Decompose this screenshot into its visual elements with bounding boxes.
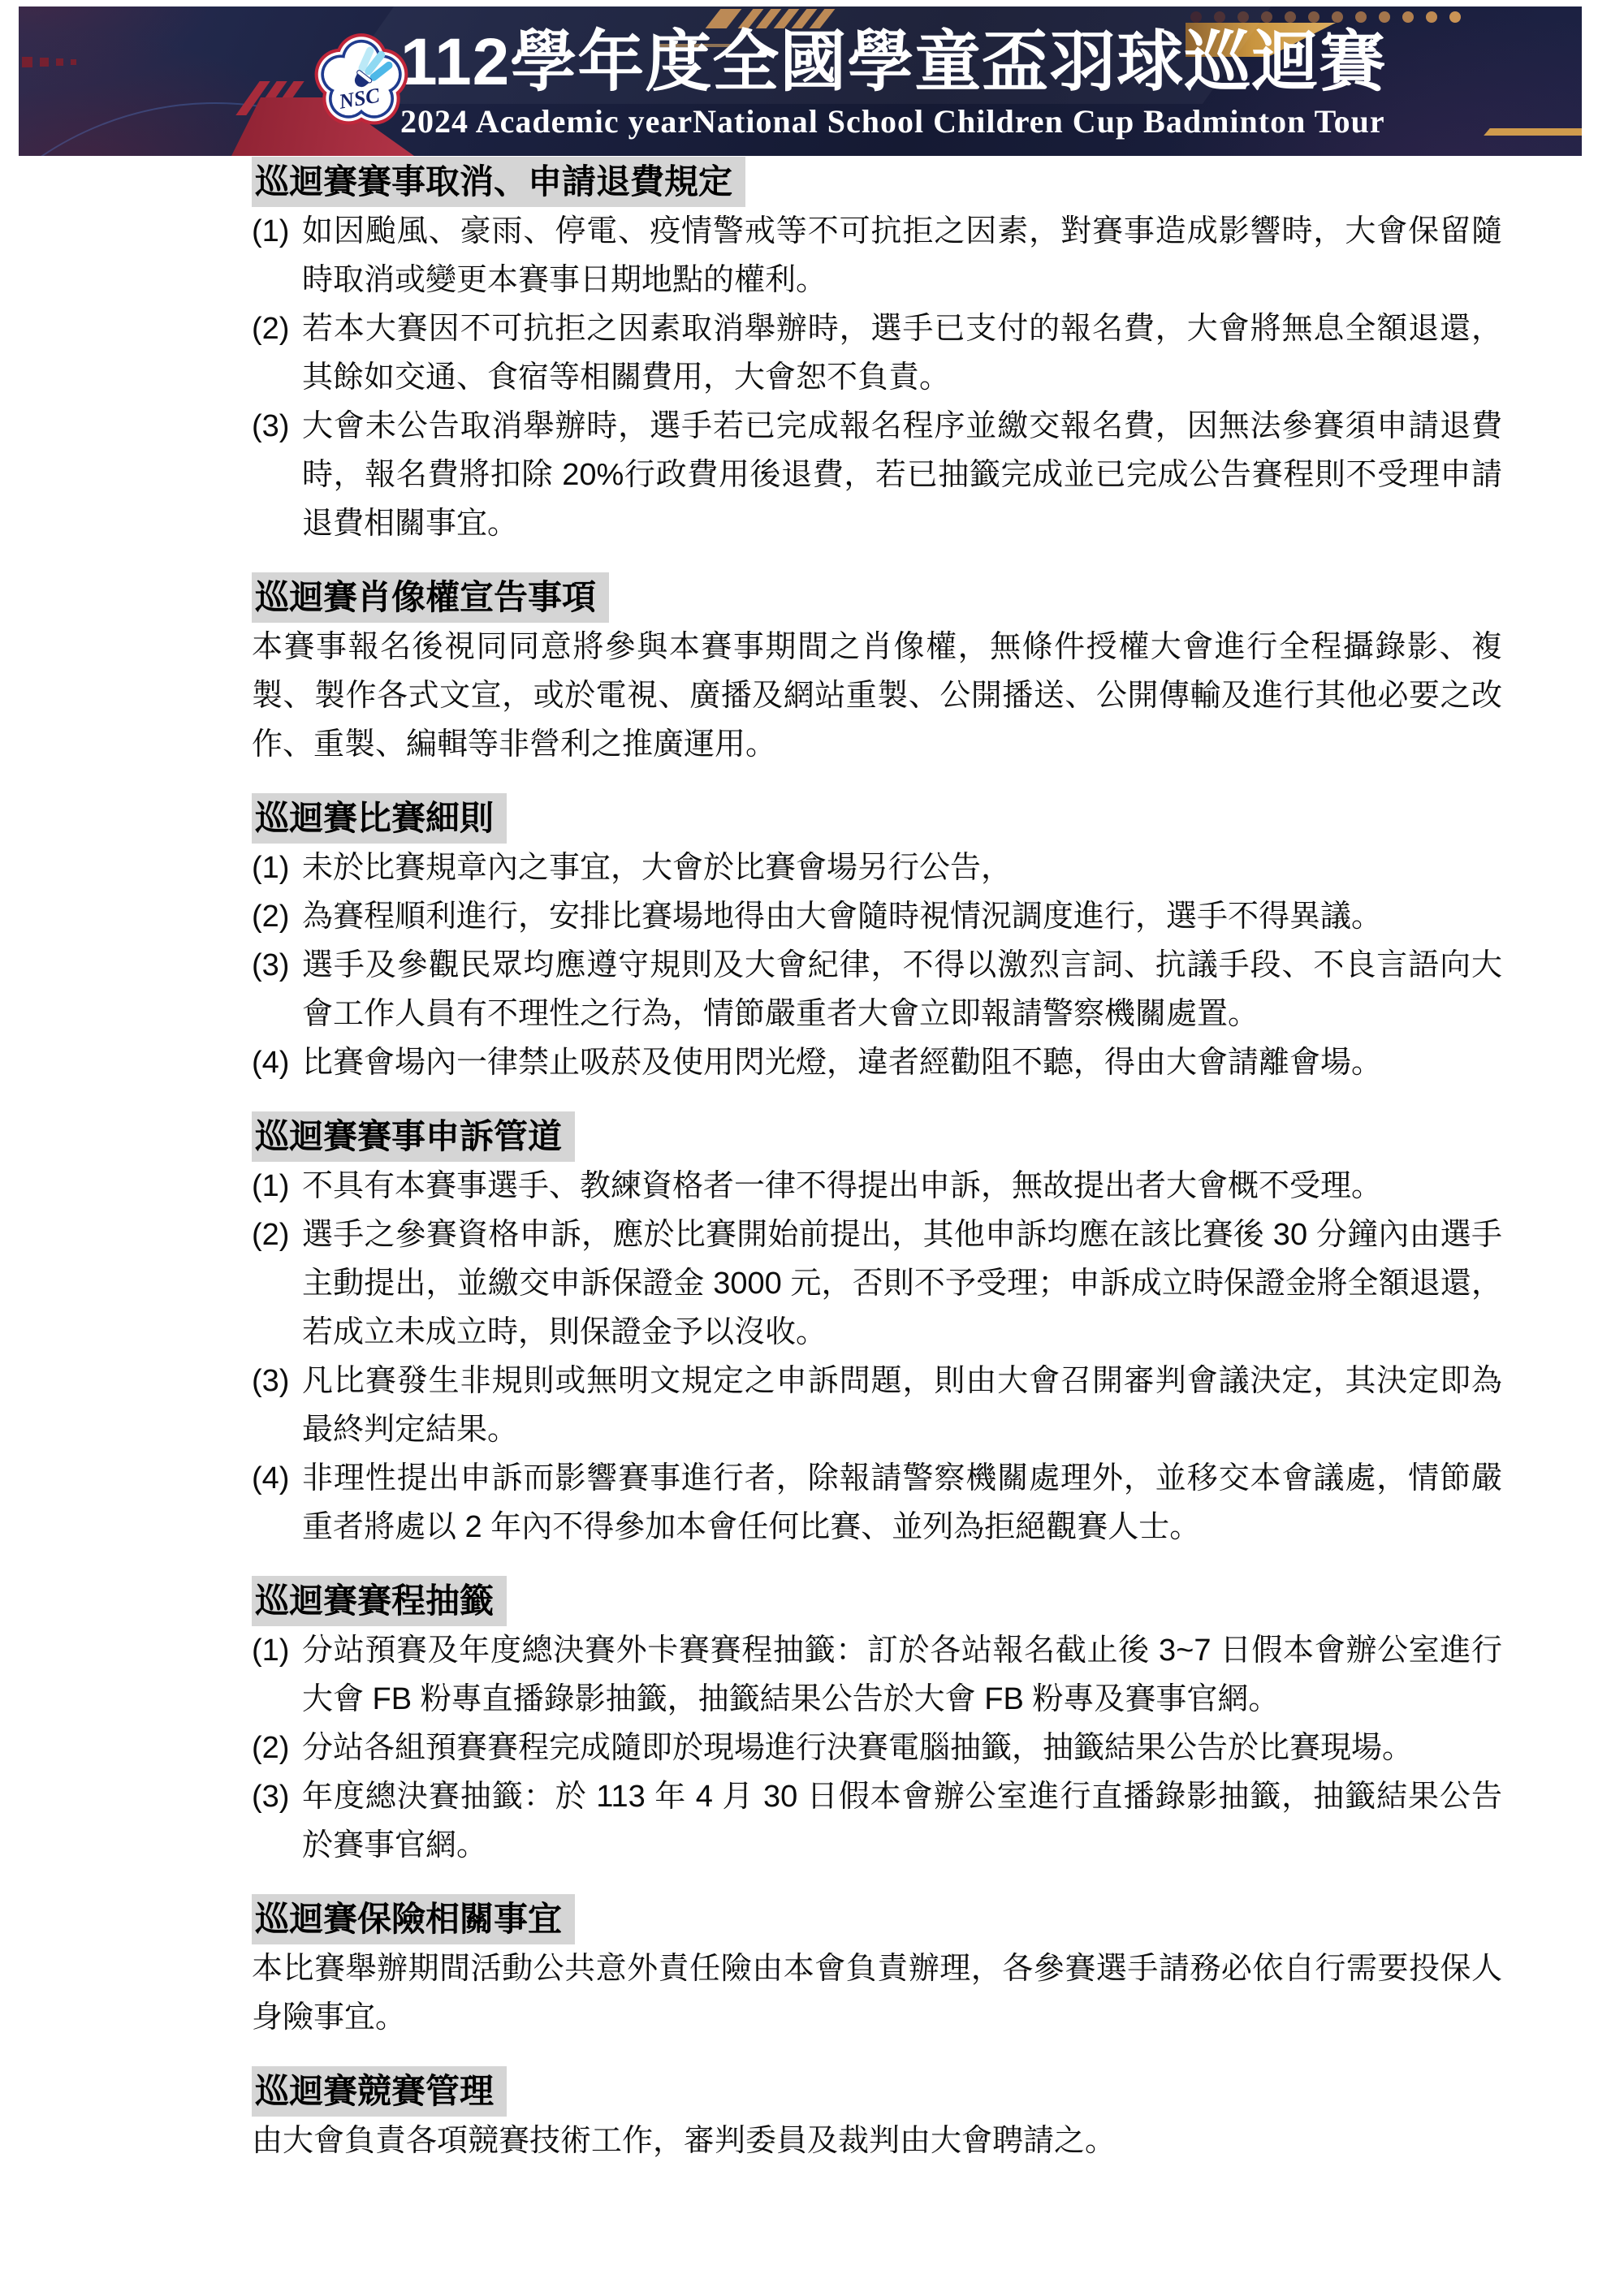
list-item-number: (2) xyxy=(252,892,289,941)
list-item-number: (3) xyxy=(252,402,289,451)
section: 巡迴賽肖像權宣告事項本賽事報名後視同同意將參與本賽事期間之肖像權，無條件授權大會… xyxy=(252,572,1502,769)
section: 巡迴賽賽事申訴管道(1)不具有本賽事選手、教練資格者一律不得提出申訴，無故提出者… xyxy=(252,1111,1502,1552)
section: 巡迴賽賽事取消、申請退費規定(1)如因颱風、豪雨、停電、疫情警戒等不可抗拒之因素… xyxy=(252,157,1502,548)
list-item: (2)若本大賽因不可抗拒之因素取消舉辦時，選手已支付的報名費，大會將無息全額退還… xyxy=(252,304,1502,402)
list-item: (2)選手之參賽資格申訴，應於比賽開始前提出，其他申訴均應在該比賽後 30 分鐘… xyxy=(252,1211,1502,1357)
list-item-text: 若本大賽因不可抗拒之因素取消舉辦時，選手已支付的報名費，大會將無息全額退還，其餘… xyxy=(302,312,1502,395)
list-item-text: 大會未公告取消舉辦時，選手若已完成報名程序並繳交報名費，因無法參賽須申請退費時，… xyxy=(302,409,1502,541)
list-item-number: (3) xyxy=(252,1772,289,1821)
event-banner: NSC 112學年度全國學童盃羽球巡迴賽 2024 Academic yearN… xyxy=(19,6,1582,156)
list-item-text: 凡比賽發生非規則或無明文規定之申訴問題，則由大會召開審判會議決定，其決定即為最終… xyxy=(302,1364,1502,1447)
list-item-text: 分站預賽及年度總決賽外卡賽賽程抽籤：訂於各站報名截止後 3~7 日假本會辦公室進… xyxy=(302,1634,1502,1716)
nsc-logo: NSC xyxy=(311,29,412,138)
gold-line-bottom-right-decoration xyxy=(1484,128,1582,136)
list-item-number: (2) xyxy=(252,1211,289,1259)
section: 巡迴賽保險相關事宜本比賽舉辦期間活動公共意外責任險由本會負責辦理，各參賽選手請務… xyxy=(252,1894,1502,2042)
section-heading: 巡迴賽賽程抽籤 xyxy=(252,1576,507,1626)
dot-decoration xyxy=(1402,11,1414,23)
dot-decoration xyxy=(1355,11,1367,23)
dot-decoration xyxy=(1214,11,1225,23)
section-paragraph: 本比賽舉辦期間活動公共意外責任險由本會負責辦理，各參賽選手請務必依自行需要投保人… xyxy=(252,1944,1502,2042)
list-item: (4)非理性提出申訴而影響賽事進行者，除報請警察機關處理外，並移交本會議處，情節… xyxy=(252,1454,1502,1552)
list-item-text: 分站各組預賽賽程完成隨即於現場進行決賽電腦抽籤，抽籤結果公告於比賽現場。 xyxy=(302,1731,1413,1765)
list-item: (3)選手及參觀民眾均應遵守規則及大會紀律，不得以激烈言詞、抗議手段、不良言語向… xyxy=(252,941,1502,1038)
list-item: (1)未於比賽規章內之事宜，大會於比賽會場另行公告， xyxy=(252,844,1502,892)
list-item-number: (1) xyxy=(252,1626,289,1675)
dot-decoration xyxy=(1190,11,1202,23)
section: 巡迴賽賽程抽籤(1)分站預賽及年度總決賽外卡賽賽程抽籤：訂於各站報名截止後 3~… xyxy=(252,1576,1502,1870)
list-item: (2)分站各組預賽賽程完成隨即於現場進行決賽電腦抽籤，抽籤結果公告於比賽現場。 xyxy=(252,1724,1502,1772)
dot-decoration xyxy=(1308,11,1319,23)
list-item-text: 選手之參賽資格申訴，應於比賽開始前提出，其他申訴均應在該比賽後 30 分鐘內由選… xyxy=(302,1218,1502,1349)
section-heading: 巡迴賽肖像權宣告事項 xyxy=(252,572,609,623)
section: 巡迴賽比賽細則(1)未於比賽規章內之事宜，大會於比賽會場另行公告，(2)為賽程順… xyxy=(252,793,1502,1087)
dot-decoration xyxy=(1285,11,1296,23)
regulations-document: 巡迴賽賽事取消、申請退費規定(1)如因颱風、豪雨、停電、疫情警戒等不可抗拒之因素… xyxy=(252,157,1502,2165)
section: 巡迴賽競賽管理由大會負責各項競賽技術工作，審判委員及裁判由大會聘請之。 xyxy=(252,2066,1502,2165)
list-item-number: (2) xyxy=(252,304,289,353)
dot-decoration xyxy=(1379,11,1390,23)
list-item-number: (4) xyxy=(252,1454,289,1503)
list-item-text: 非理性提出申訴而影響賽事進行者，除報請警察機關處理外，並移交本會議處，情節嚴重者… xyxy=(302,1461,1502,1544)
banner-title-block: 112學年度全國學童盃羽球巡迴賽 2024 Academic yearNatio… xyxy=(400,28,1334,140)
list-item: (2)為賽程順利進行，安排比賽場地得由大會隨時視情況調度進行，選手不得異議。 xyxy=(252,892,1502,941)
dot-decoration xyxy=(1237,11,1249,23)
section-heading: 巡迴賽保險相關事宜 xyxy=(252,1894,575,1944)
list-item: (3)大會未公告取消舉辦時，選手若已完成報名程序並繳交報名費，因無法參賽須申請退… xyxy=(252,402,1502,548)
list-item-text: 如因颱風、豪雨、停電、疫情警戒等不可抗拒之因素，對賽事造成影響時，大會保留隨時取… xyxy=(302,214,1502,297)
dot-decoration xyxy=(1332,11,1343,23)
section-paragraph: 本賽事報名後視同同意將參與本賽事期間之肖像權，無條件授權大會進行全程攝錄影、複製… xyxy=(252,623,1502,769)
list-item-number: (1) xyxy=(252,207,289,256)
list-item-number: (3) xyxy=(252,941,289,990)
list-item-text: 比賽會場內一律禁止吸菸及使用閃光燈，違者經勸阻不聽，得由大會請離會場。 xyxy=(302,1046,1382,1080)
list-item-text: 為賽程順利進行，安排比賽場地得由大會隨時視情況調度進行，選手不得異議。 xyxy=(302,900,1382,934)
red-squares-decoration xyxy=(22,55,84,70)
list-item-number: (1) xyxy=(252,844,289,892)
list-item-text: 不具有本賽事選手、教練資格者一律不得提出申訴，無故提出者大會概不受理。 xyxy=(302,1169,1382,1203)
list-item-number: (1) xyxy=(252,1162,289,1211)
section-heading: 巡迴賽賽事取消、申請退費規定 xyxy=(252,157,745,207)
section-heading: 巡迴賽競賽管理 xyxy=(252,2066,507,2117)
event-subtitle: 2024 Academic yearNational School Childr… xyxy=(400,104,1334,140)
list-item-text: 選手及參觀民眾均應遵守規則及大會紀律，不得以激烈言詞、抗議手段、不良言語向大會工… xyxy=(302,948,1502,1031)
list-item: (1)如因颱風、豪雨、停電、疫情警戒等不可抗拒之因素，對賽事造成影響時，大會保留… xyxy=(252,207,1502,304)
list-item: (4)比賽會場內一律禁止吸菸及使用閃光燈，違者經勸阻不聽，得由大會請離會場。 xyxy=(252,1038,1502,1087)
section-heading: 巡迴賽比賽細則 xyxy=(252,793,507,844)
dot-decoration xyxy=(1449,11,1461,23)
list-item: (1)不具有本賽事選手、教練資格者一律不得提出申訴，無故提出者大會概不受理。 xyxy=(252,1162,1502,1211)
dot-decoration xyxy=(1261,11,1272,23)
list-item-number: (2) xyxy=(252,1724,289,1772)
list-item: (3)年度總決賽抽籤：於 113 年 4 月 30 日假本會辦公室進行直播錄影抽… xyxy=(252,1772,1502,1870)
list-item-number: (4) xyxy=(252,1038,289,1087)
section-paragraph: 由大會負責各項競賽技術工作，審判委員及裁判由大會聘請之。 xyxy=(252,2117,1502,2165)
event-title: 112學年度全國學童盃羽球巡迴賽 xyxy=(400,28,1334,97)
list-item-text: 未於比賽規章內之事宜，大會於比賽會場另行公告， xyxy=(302,851,1012,885)
list-item: (1)分站預賽及年度總決賽外卡賽賽程抽籤：訂於各站報名截止後 3~7 日假本會辦… xyxy=(252,1626,1502,1724)
list-item-text: 年度總決賽抽籤：於 113 年 4 月 30 日假本會辦公室進行直播錄影抽籤，抽… xyxy=(302,1780,1502,1862)
section-heading: 巡迴賽賽事申訴管道 xyxy=(252,1111,575,1162)
list-item-number: (3) xyxy=(252,1357,289,1405)
dot-decoration xyxy=(1426,11,1437,23)
list-item: (3)凡比賽發生非規則或無明文規定之申訴問題，則由大會召開審判會議決定，其決定即… xyxy=(252,1357,1502,1454)
